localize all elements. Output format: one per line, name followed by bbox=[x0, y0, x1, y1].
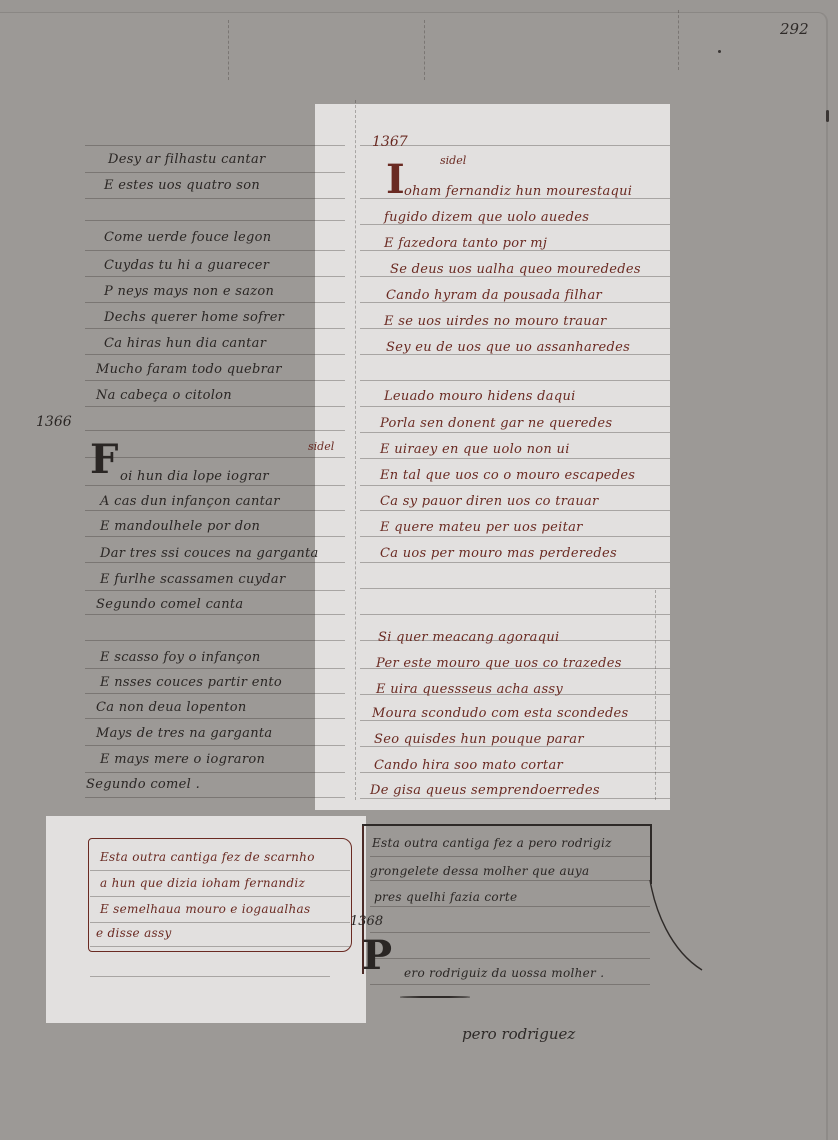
flourish-stroke bbox=[400, 996, 470, 998]
rubric-bracket-right bbox=[650, 824, 652, 884]
folio-number: 292 bbox=[780, 20, 809, 38]
verse-line: Ca sy pauor diren uos co trauar bbox=[380, 494, 599, 509]
rubric-bracket-top bbox=[362, 824, 650, 826]
signature: pero rodriguez bbox=[462, 1025, 575, 1043]
decorated-initial: I bbox=[386, 160, 405, 200]
verse-line: E furlhe scassamen cuydar bbox=[100, 572, 285, 587]
ink-dot bbox=[718, 50, 721, 53]
verse-line: Seo quisdes hun pouque parar bbox=[374, 732, 584, 747]
verse-line: Porla sen donent gar ne queredes bbox=[380, 416, 612, 431]
verse-line: E se uos uirdes no mouro trauar bbox=[384, 314, 607, 329]
verse-line: Se deus uos ualha queo mourededes bbox=[390, 262, 641, 277]
page-mark bbox=[826, 110, 829, 122]
verse-line: E uiraey en que uolo non ui bbox=[380, 442, 570, 457]
verse-line: Sey eu de uos que uo assanharedes bbox=[386, 340, 630, 355]
year-annotation: 1368 bbox=[350, 914, 383, 929]
verse-line: E uira quessseus acha assy bbox=[376, 682, 563, 697]
verse-line: Per este mouro que uos co trazedes bbox=[376, 656, 622, 671]
verse-line: Mays de tres na garganta bbox=[96, 726, 272, 741]
verse-line: E mays mere o iograron bbox=[100, 752, 265, 767]
verse-line: En tal que uos co o mouro escapedes bbox=[380, 468, 635, 483]
verse-line: Come uerde fouce legon bbox=[104, 230, 271, 245]
rubric-line: pres quelhi fazia corte bbox=[374, 890, 517, 904]
verse-line: fugido dizem que uolo auedes bbox=[384, 210, 589, 225]
decorated-initial: F bbox=[90, 440, 118, 480]
verse-line: ero rodriguiz da uossa molher . bbox=[404, 966, 604, 980]
rubric-line: Esta outra cantiga fez de scarnho bbox=[100, 850, 315, 864]
verse-line: Desy ar filhastu cantar bbox=[108, 152, 266, 167]
verse-line: Cuydas tu hi a guarecer bbox=[104, 258, 269, 273]
verse-line: Na cabeça o citolon bbox=[96, 388, 232, 403]
verse-line: Si quer meacang agoraqui bbox=[378, 630, 559, 645]
verse-line: Ca non deua lopenton bbox=[96, 700, 247, 715]
rubric-line: a hun que dizia ioham fernandiz bbox=[100, 876, 305, 890]
margin-note: sidel bbox=[308, 440, 334, 453]
verse-line: Leuado mouro hidens daqui bbox=[384, 389, 576, 404]
verse-line: Dechs querer home sofrer bbox=[104, 310, 284, 325]
verse-line: E quere mateu per uos peitar bbox=[380, 520, 583, 535]
verse-line: Cando hyram da pousada filhar bbox=[386, 288, 602, 303]
verse-line: Segundo comel . bbox=[86, 777, 200, 792]
verse-line: E nsses couces partir ento bbox=[100, 675, 282, 690]
rubric-bracket-flourish bbox=[640, 880, 710, 975]
verse-line: Moura scondudo com esta scondedes bbox=[372, 706, 629, 721]
verse-line: E estes uos quatro son bbox=[104, 178, 260, 193]
rubric-line: Esta outra cantiga fez a pero rodrigiz bbox=[372, 836, 612, 850]
year-annotation: 1367 bbox=[372, 134, 408, 150]
year-annotation: 1366 bbox=[36, 414, 72, 430]
verse-line: E mandoulhele por don bbox=[100, 519, 260, 534]
verse-line: P neys mays non e sazon bbox=[104, 284, 274, 299]
rubric-line: E semelhaua mouro e iogaualhas bbox=[100, 902, 310, 916]
verse-line: Ca uos per mouro mas perderedes bbox=[380, 546, 617, 561]
margin-note: sidel bbox=[440, 154, 466, 167]
rubric-line: grongelete dessa molher que auya bbox=[370, 864, 589, 878]
verse-line: oi hun dia lope iograr bbox=[120, 469, 269, 484]
decorated-initial: P bbox=[362, 936, 392, 976]
verse-line: Dar tres ssi couces na garganta bbox=[100, 546, 319, 561]
verse-line: Segundo comel canta bbox=[96, 597, 243, 612]
verse-line: oham fernandiz hun mourestaqui bbox=[404, 184, 632, 199]
verse-line: Ca hiras hun dia cantar bbox=[104, 336, 266, 351]
verse-line: E fazedora tanto por mj bbox=[384, 236, 547, 251]
verse-line: Cando hira soo mato cortar bbox=[374, 758, 563, 773]
verse-line: Mucho faram todo quebrar bbox=[96, 362, 282, 377]
verse-line: A cas dun infançon cantar bbox=[100, 494, 280, 509]
verse-line: De gisa queus semprendoerredes bbox=[370, 783, 600, 798]
rubric-line: e disse assy bbox=[96, 926, 172, 940]
verse-line: E scasso foy o infançon bbox=[100, 650, 261, 665]
